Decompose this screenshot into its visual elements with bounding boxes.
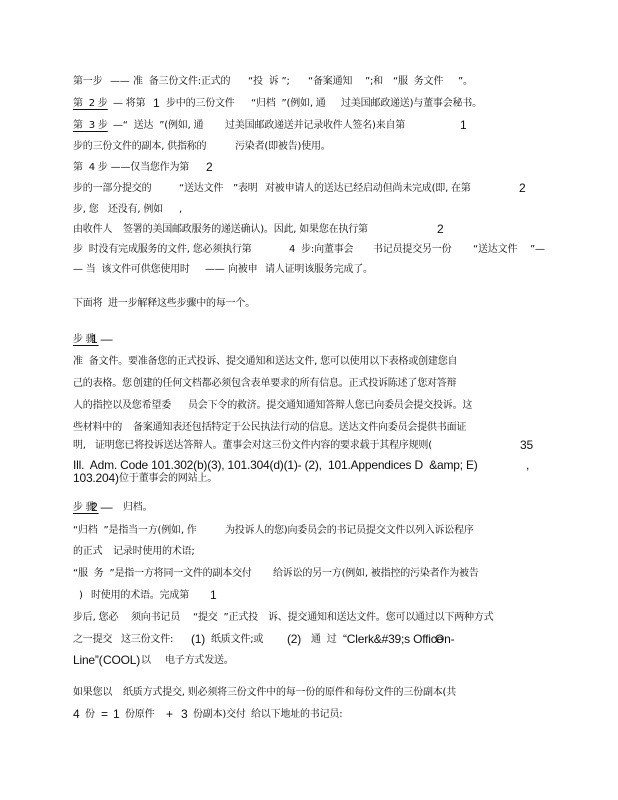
text-segment: 4 步:向董事会 xyxy=(289,244,353,256)
text-segment: “提交 ”正式投 xyxy=(193,612,258,624)
text-segment: 纸质文件;或 xyxy=(211,634,263,646)
text-segment: 2 — xyxy=(91,501,112,513)
text-segment: 2 xyxy=(206,161,212,173)
text-segment: 1 — xyxy=(91,333,112,345)
text-segment: COOL) xyxy=(103,654,140,666)
text-segment: 为投诉人的您)向委员会的书记员提交文件以列入诉讼程序 xyxy=(225,525,474,537)
text-segment: 些材料中的 xyxy=(73,422,122,434)
text-segment: 创建的任何文档都必须包含表单要求的所有信息。正式投诉陈述了您对答辩 xyxy=(133,378,456,390)
text-segment: 第 4 步 ——仅当您作为第 xyxy=(73,162,189,174)
text-segment: 35 xyxy=(520,439,533,451)
text-segment: 步的一部分提交的 xyxy=(73,183,151,195)
text-segment: 通 过 xyxy=(311,634,337,646)
text-segment: ”;和 xyxy=(365,76,383,88)
text-segment: Line”( xyxy=(73,654,102,666)
text-segment: 第一步 xyxy=(73,76,102,88)
text-segment: 向被申 xyxy=(228,264,257,276)
text-segment: 之一提交 xyxy=(73,634,112,646)
text-segment: ”表明 xyxy=(233,183,258,195)
text-segment: 由收件人 xyxy=(73,224,112,236)
text-segment: 1 xyxy=(153,97,159,109)
text-segment: “归档 ”是指当一方(例如, 作 xyxy=(73,525,197,537)
text-segment: “Clerk&#39;s Office xyxy=(343,633,443,645)
text-segment: “归档 ”(例如, 通 xyxy=(251,98,326,110)
text-segment: 对被申请人的送达已经启动但尚未完成(即, 在第 xyxy=(265,183,471,195)
text-segment: 签署的美国邮政服务的递送确认)。因此, 如果您在执行第 xyxy=(123,224,368,236)
text-segment: 准 备文件。要准备您的正式投诉、提交通知和送达文件, 您可以使用以下表格或创建您… xyxy=(73,356,457,368)
text-segment: —“ 送达 ”(例如, 通 xyxy=(113,120,203,132)
text-segment: 份原件 xyxy=(125,709,154,721)
text-segment: 1 xyxy=(113,708,119,720)
text-segment: 1 xyxy=(460,119,466,131)
text-segment: “备案通知 xyxy=(308,76,352,88)
text-segment: + xyxy=(166,708,173,720)
text-segment: —— xyxy=(205,264,225,276)
text-segment: , xyxy=(179,204,182,216)
text-segment: 4 xyxy=(73,708,79,720)
text-segment: 进一步解释这些步骤中的每一个。 xyxy=(108,298,255,310)
text-segment: “送达文件 xyxy=(179,183,223,195)
text-segment: 3 xyxy=(181,708,187,720)
text-segment: 位于董事会的网站上。 xyxy=(119,473,217,485)
text-segment: 给诉讼的另一方(例如, 被指控的污染者作为被告 xyxy=(273,568,479,580)
text-segment: 人的指控以及您希望委 xyxy=(73,400,171,412)
text-segment: 时使用的术语。完成第 xyxy=(91,590,189,602)
text-segment: 证明您已将投诉送达答辩人。董事会对这三份文件内容的要求载于其程序规则( xyxy=(95,440,432,452)
step-heading: 第 2 步 xyxy=(73,98,108,110)
text-segment: 记录时使用的术语; xyxy=(113,546,195,558)
text-segment: — 当 该文件可供您使用时 xyxy=(73,264,190,276)
text-segment: 备案通知表还包括特定于公民执法行动的信息。送达文件向委员会提供书面证 xyxy=(133,422,466,434)
text-segment: 请人证明该服务完成了。 xyxy=(265,264,373,276)
document-page: 第一步——准 备三份文件:正式的“投 诉 ”;“备案通知”;和“服 务文件”。第… xyxy=(0,0,618,800)
text-segment: 须向书记员 xyxy=(131,612,180,624)
text-segment: ) xyxy=(79,590,83,602)
text-segment: — 将第 xyxy=(113,98,145,110)
text-segment: 步中的三份文件 xyxy=(166,98,235,110)
text-segment: 还没有, 例如 xyxy=(108,204,163,216)
text-segment: 2 xyxy=(519,182,525,194)
text-segment: = xyxy=(101,708,108,720)
text-segment: 电子方式发送。 xyxy=(165,655,234,667)
text-segment: 过美国邮政递送)与董事会秘书。 xyxy=(341,98,482,110)
text-segment: 步 时没有完成服务的文件, 您必须执行第 xyxy=(73,244,252,256)
text-segment: “服 务文件 xyxy=(393,76,443,88)
text-segment: ”。 xyxy=(458,76,473,88)
text-segment: 归档。 xyxy=(123,502,152,514)
text-segment: 的正式 xyxy=(73,546,102,558)
text-segment: 过美国邮政递送并记录收件人签名)来自第 xyxy=(225,120,405,132)
text-segment: 1 xyxy=(210,589,216,601)
text-segment: (2) xyxy=(287,633,301,645)
text-segment: 纸质方式提交, 则必须将三份文件中的每一份的原件和每份文件的三份副本(共 xyxy=(123,687,456,699)
text-segment: 2 xyxy=(437,223,443,235)
text-segment: 如果您以 xyxy=(73,687,112,699)
text-segment: 以 xyxy=(141,655,151,667)
text-segment: 己的表格。您 xyxy=(73,378,132,390)
text-segment: 份副本)交付 xyxy=(193,709,246,721)
text-segment: Ill. Adm. Code 101.302(b)(3), 101.304(d)… xyxy=(73,459,478,471)
text-segment: 份 xyxy=(85,709,95,721)
text-segment: 下面将 xyxy=(73,298,102,310)
text-segment: 给以下地址的书记员: xyxy=(251,709,342,721)
text-segment: 员会下令的救济。提交通知通知答辩人您已向委员会提交投诉。这 xyxy=(188,400,472,412)
text-segment: 步的三份文件的副本, 供指称的 xyxy=(73,141,206,153)
text-segment: “投 诉 ”; xyxy=(248,76,290,88)
text-segment: “送达文件 xyxy=(473,244,517,256)
text-segment: —— xyxy=(110,76,130,88)
text-segment: , xyxy=(526,459,529,471)
text-segment: 步后, 您必 xyxy=(73,612,118,624)
text-segment: 准 备三份文件:正式的 xyxy=(133,76,230,88)
text-segment: (1) xyxy=(191,633,205,645)
text-segment: 污染者(即被告)使用。 xyxy=(235,141,331,153)
text-segment: On- xyxy=(435,633,454,645)
text-segment: 明, xyxy=(73,440,86,452)
text-segment: 书记员提交另一份 xyxy=(373,244,451,256)
text-segment: 诉、提交通知和送达文件。您可以通过以下两种方式 xyxy=(268,612,493,624)
text-segment: 步, 您 xyxy=(73,204,99,216)
text-segment: “服 务 ”是指一方将同一文件的副本交付 xyxy=(73,568,252,580)
text-segment: 这三份文件: xyxy=(121,634,173,646)
step-heading: 第 3 步 xyxy=(73,120,108,132)
text-segment: 103.204) xyxy=(73,472,119,484)
text-segment: ”— xyxy=(530,244,545,256)
